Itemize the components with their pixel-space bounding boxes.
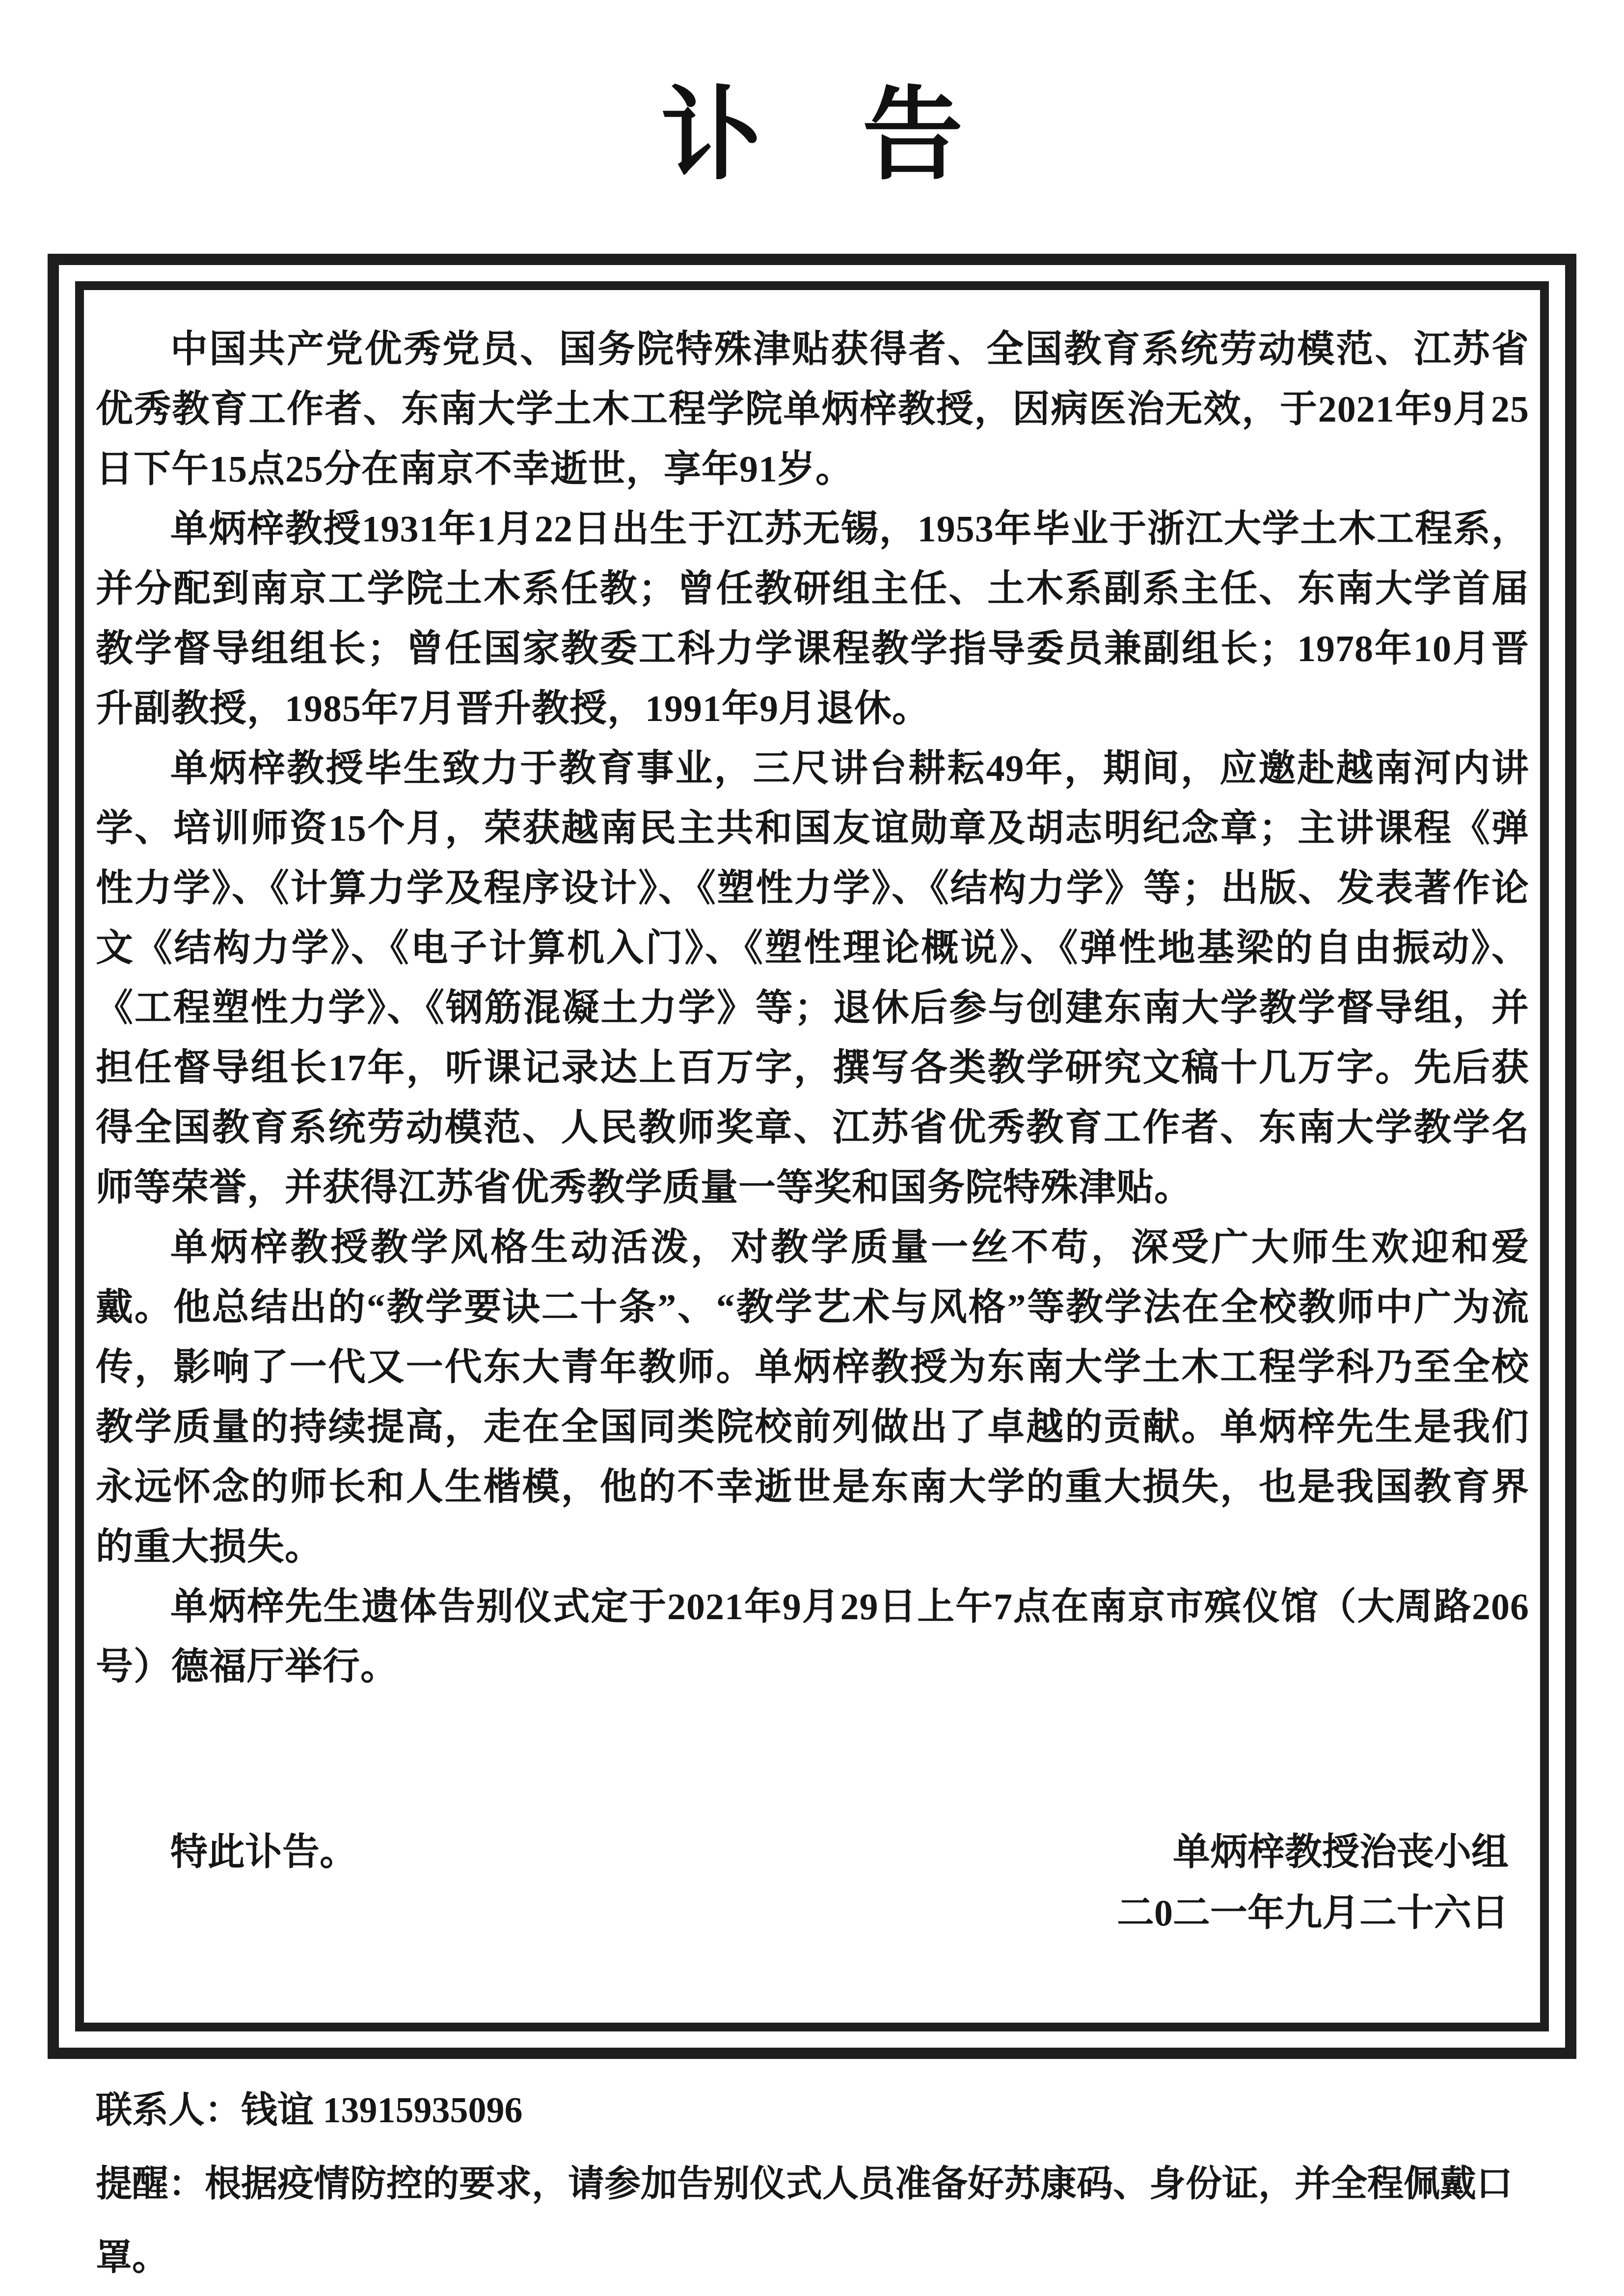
obituary-page: 讣 告 中国共产党优秀党员、国务院特殊津贴获得者、全国教育系统劳动模范、江苏省优… [0, 0, 1624, 2296]
closing-block: 特此讣告。 单炳梓教授治丧小组 二0二一年九月二十六日 [96, 1822, 1529, 1944]
closing-phrase: 特此讣告。 [96, 1822, 357, 1883]
inner-border-frame: 中国共产党优秀党员、国务院特殊津贴获得者、全国教育系统劳动模范、江苏省优秀教育工… [75, 281, 1549, 2031]
paragraph-ceremony: 单炳梓先生遗体告别仪式定于2021年9月29日上午7点在南京市殡仪馆（大周路20… [96, 1577, 1529, 1697]
footer-contact-line: 联系人：钱谊 13915935096 [96, 2074, 1573, 2147]
paragraph-biography: 单炳梓教授1931年1月22日出生于江苏无锡，1953年毕业于浙江大学土木工程系… [96, 499, 1529, 739]
closing-signer: 单炳梓教授治丧小组 [1173, 1822, 1529, 1883]
closing-row: 特此讣告。 单炳梓教授治丧小组 [96, 1822, 1529, 1883]
outer-border-frame: 中国共产党优秀党员、国务院特殊津贴获得者、全国教育系统劳动模范、江苏省优秀教育工… [48, 254, 1576, 2059]
paragraph-tribute: 单炳梓教授教学风格生动活泼，对教学质量一丝不苟，深受广大师生欢迎和爱戴。他总结出… [96, 1218, 1529, 1577]
footer-reminder-line: 提醒：根据疫情防控的要求，请参加告别仪式人员准备好苏康码、身份证，并全程佩戴口罩… [96, 2147, 1573, 2295]
footer-notes: 联系人：钱谊 13915935096 提醒：根据疫情防控的要求，请参加告别仪式人… [96, 2074, 1573, 2295]
page-title: 讣 告 [0, 64, 1624, 206]
closing-date: 二0二一年九月二十六日 [96, 1883, 1529, 1944]
paragraph-career: 单炳梓教授毕生致力于教育事业，三尺讲台耕耘49年，期间，应邀赴越南河内讲学、培训… [96, 739, 1529, 1218]
paragraph-intro: 中国共产党优秀党员、国务院特殊津贴获得者、全国教育系统劳动模范、江苏省优秀教育工… [96, 320, 1529, 499]
